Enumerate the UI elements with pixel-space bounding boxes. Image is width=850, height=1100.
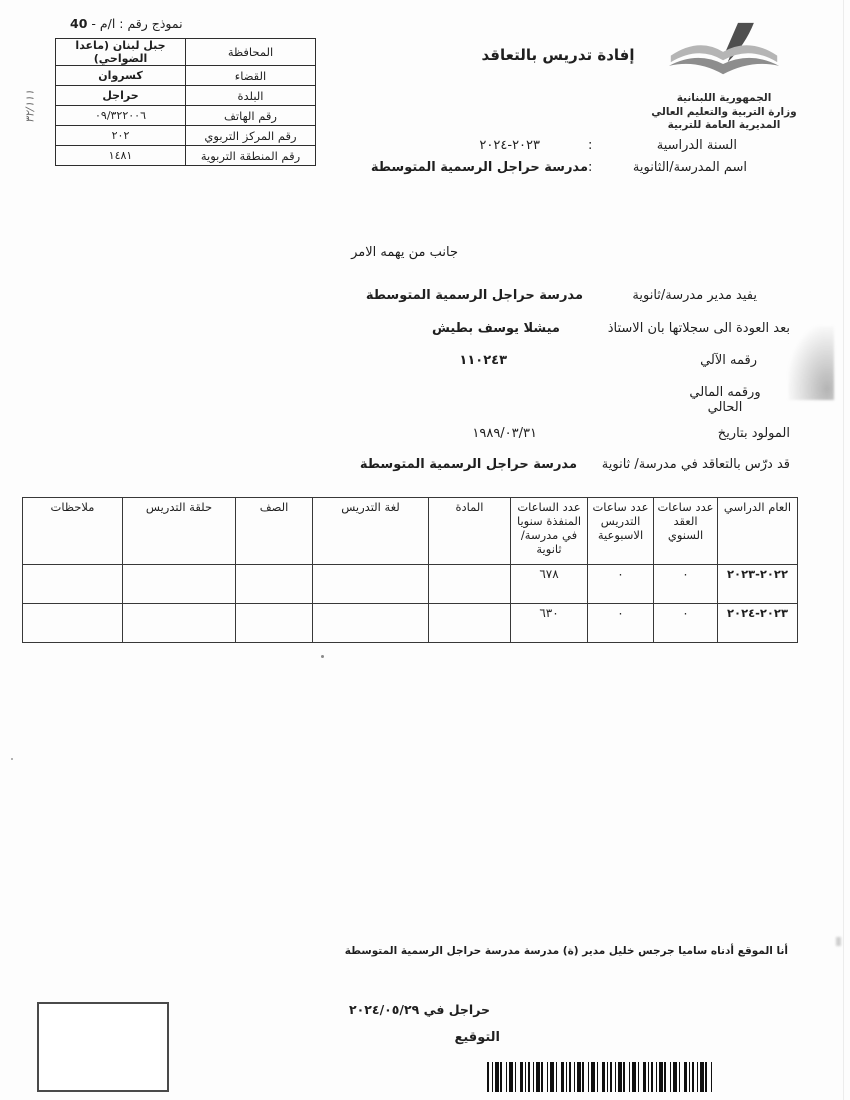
info-label: البلدة xyxy=(186,86,316,106)
financial-number-label-line-1: ورقمه المالي xyxy=(680,385,770,400)
logo-text-line-2: وزارة التربية والتعليم العالي xyxy=(648,106,800,120)
stamp-box xyxy=(37,1002,169,1092)
certifies-director-value: مدرسة حراجل الرسمية المتوسطة xyxy=(366,288,583,303)
open-book-icon xyxy=(663,22,785,92)
table-header-cell: عدد الساعات المنفذة سنويا في مدرسة/ثانوي… xyxy=(511,498,588,565)
info-value: حراجل xyxy=(56,86,186,106)
form-number-value: 40 xyxy=(70,16,87,31)
school-name-value: مدرسة حراجل الرسمية المتوسطة xyxy=(371,160,588,175)
info-label: رقم المركز التربوي xyxy=(186,126,316,146)
table-cell-cycle xyxy=(123,565,236,604)
handwritten-margin-note: ٣٢/١١١ xyxy=(24,57,37,157)
barcode xyxy=(487,1062,713,1092)
logo-text-line-3: المديرية العامة للتربية xyxy=(648,119,800,133)
table-header-row: العام الدراسي عدد ساعات العقد السنوي عدد… xyxy=(23,498,798,565)
table-cell-weekly-hours: ٠ xyxy=(588,604,654,643)
info-label: رقم المنطقة التربوية xyxy=(186,146,316,166)
scan-speck xyxy=(321,655,324,658)
scan-speck xyxy=(11,758,13,760)
automatic-number-value: ١١٠٢٤٣ xyxy=(459,353,507,368)
table-row: رقم الهاتف ٠٩/٣٢٢٠٠٦ xyxy=(56,106,316,126)
form-number: نموذج رقم : ا/م - 40 xyxy=(70,16,210,31)
colon-separator: : xyxy=(588,160,592,175)
info-value: ١٤٨١ xyxy=(56,146,186,166)
form-number-label: نموذج رقم : ا/م - xyxy=(91,16,182,31)
table-cell-executed-hours: ٦٧٨ xyxy=(511,565,588,604)
financial-number-label: ورقمه المالي الحالي xyxy=(680,385,770,415)
ministry-logo: الجمهورية اللبنانية وزارة التربية والتعل… xyxy=(648,22,800,133)
table-row: ٢٠٢٣-٢٠٢٤ ٠ ٠ ٦٣٠ xyxy=(23,604,798,643)
table-header-cell: عدد ساعات التدريس الاسبوعية xyxy=(588,498,654,565)
table-cell-school-year: ٢٠٢٢-٢٠٢٣ xyxy=(718,565,798,604)
table-header-cell: الصف xyxy=(236,498,313,565)
info-label: المحافظة xyxy=(186,39,316,66)
colon-separator: : xyxy=(588,138,592,153)
table-row: ٢٠٢٢-٢٠٢٣ ٠ ٠ ٦٧٨ xyxy=(23,565,798,604)
birth-date-label: المولود بتاريخ xyxy=(718,426,790,441)
birth-date-value: ١٩٨٩/٠٣/٣١ xyxy=(472,426,537,441)
table-cell-notes xyxy=(23,565,123,604)
teacher-name-value: ميشلا يوسف بطيش xyxy=(432,321,560,336)
school-name-label: اسم المدرسة/الثانوية xyxy=(633,160,747,175)
table-cell-executed-hours: ٦٣٠ xyxy=(511,604,588,643)
table-row: البلدة حراجل xyxy=(56,86,316,106)
salutation: جانب من يهمه الامر xyxy=(351,245,458,260)
info-label: رقم الهاتف xyxy=(186,106,316,126)
info-value: كسروان xyxy=(56,66,186,86)
info-value: جبل لبنان (ماعدا الضواحي) xyxy=(56,39,186,66)
page-title: إفادة تدريس بالتعاقد xyxy=(478,46,638,64)
location-info-table: المحافظة جبل لبنان (ماعدا الضواحي) القضا… xyxy=(55,38,316,166)
school-year-label: السنة الدراسية xyxy=(657,138,737,153)
logo-text-line-1: الجمهورية اللبنانية xyxy=(648,92,800,106)
table-header-cell: العام الدراسي xyxy=(718,498,798,565)
financial-number-label-line-2: الحالي xyxy=(680,400,770,415)
table-cell-cycle xyxy=(123,604,236,643)
table-row: رقم المنطقة التربوية ١٤٨١ xyxy=(56,146,316,166)
records-teacher-label: بعد العودة الى سجلاتها بان الاستاذ xyxy=(608,321,790,336)
automatic-number-label: رقمه الآلي xyxy=(700,353,757,368)
table-cell-contract-hours: ٠ xyxy=(654,604,718,643)
taught-by-contract-label: قد درّس بالتعاقد في مدرسة/ ثانوية xyxy=(602,457,790,472)
place-and-date: حراجل في ٢٠٢٤/٠٥/٢٩ xyxy=(349,1002,490,1017)
info-label: القضاء xyxy=(186,66,316,86)
scan-edge-line xyxy=(843,0,844,1100)
table-header-cell: المادة xyxy=(429,498,511,565)
table-cell-language xyxy=(313,604,429,643)
info-value: ٢٠٢ xyxy=(56,126,186,146)
signer-declaration: أنا الموقع أدناه ساميا جرجس خليل مدير (ة… xyxy=(345,945,788,957)
table-cell-school-year: ٢٠٢٣-٢٠٢٤ xyxy=(718,604,798,643)
fingerprint-smudge xyxy=(788,326,834,400)
table-cell-class xyxy=(236,604,313,643)
school-year-value: ٢٠٢٣-٢٠٢٤ xyxy=(479,138,540,153)
table-header-cell: عدد ساعات العقد السنوي xyxy=(654,498,718,565)
table-cell-contract-hours: ٠ xyxy=(654,565,718,604)
table-cell-weekly-hours: ٠ xyxy=(588,565,654,604)
table-header-cell: حلقة التدريس xyxy=(123,498,236,565)
table-header-cell: لغة التدريس xyxy=(313,498,429,565)
table-cell-class xyxy=(236,565,313,604)
scanned-document-page: نموذج رقم : ا/م - 40 ٣٢/١١١ المحافظة جبل… xyxy=(0,0,850,1100)
table-header-cell: ملاحظات xyxy=(23,498,123,565)
table-row: رقم المركز التربوي ٢٠٢ xyxy=(56,126,316,146)
teaching-hours-table: العام الدراسي عدد ساعات العقد السنوي عدد… xyxy=(22,497,798,643)
table-cell-subject xyxy=(429,604,511,643)
table-row: المحافظة جبل لبنان (ماعدا الضواحي) xyxy=(56,39,316,66)
taught-school-value: مدرسة حراجل الرسمية المتوسطة xyxy=(360,457,577,472)
table-row: القضاء كسروان xyxy=(56,66,316,86)
signature-label: التوقيع xyxy=(455,1030,501,1045)
certifies-director-label: يفيد مدير مدرسة/ثانوية xyxy=(632,288,757,303)
info-value: ٠٩/٣٢٢٠٠٦ xyxy=(56,106,186,126)
table-cell-notes xyxy=(23,604,123,643)
scan-speck xyxy=(836,937,841,946)
table-cell-subject xyxy=(429,565,511,604)
table-cell-language xyxy=(313,565,429,604)
